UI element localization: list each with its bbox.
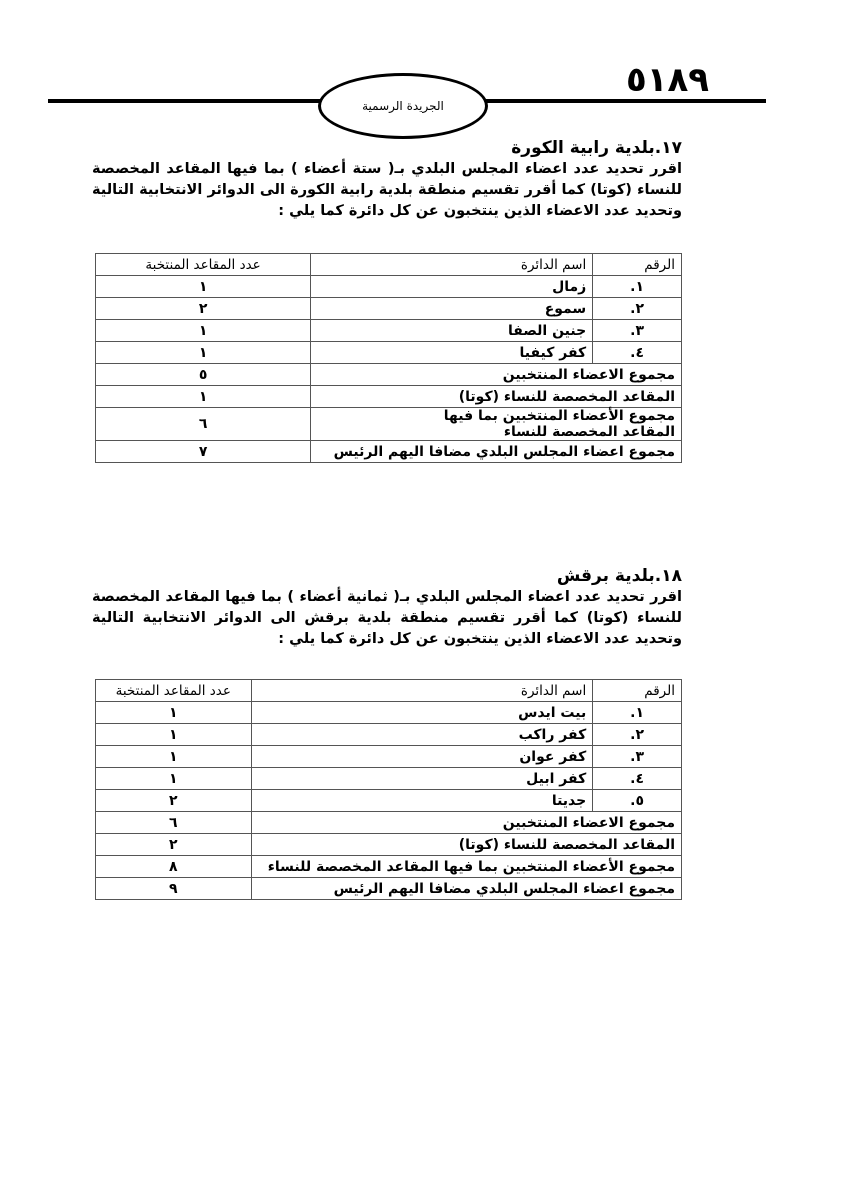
total-label: مجموع الاعضاء المنتخبين [311,364,682,386]
total-value: ٧ [96,441,311,463]
total-label: المقاعد المخصصة للنساء (كوتا) [251,834,681,856]
row-index: ٥. [593,790,682,812]
row-seats: ٢ [96,298,311,320]
total-row: المقاعد المخصصة للنساء (كوتا) ٢ [96,834,682,856]
section-barqash: ١٨.بلدية برقش اقرر تحديد عدد اعضاء المجل… [92,565,682,650]
row-index: ٢. [593,724,682,746]
row-district: سموع [311,298,593,320]
table-row: ٤. كفر ابيل ١ [96,768,682,790]
row-seats: ١ [96,702,252,724]
row-seats: ٢ [96,790,252,812]
total-value: ٨ [96,856,252,878]
row-district: زمال [311,276,593,298]
row-index: ٢. [593,298,682,320]
table-row: ٤. كفر كيفيا ١ [96,342,682,364]
section-rabiyat-alkoura: ١٧.بلدية رابية الكورة اقرر تحديد عدد اعض… [92,137,682,222]
total-label: المقاعد المخصصة للنساء (كوتا) [311,386,682,408]
row-district: كفر راكب [251,724,593,746]
row-index: ١. [593,702,682,724]
section-body: اقرر تحديد عدد اعضاء المجلس البلدي بـ( ث… [92,587,682,650]
total-label: مجموع اعضاء المجلس البلدي مضافا اليهم ال… [311,441,682,463]
total-value: ٦ [96,408,311,441]
header-index: الرقم [593,680,682,702]
table-row: ٢. كفر راكب ١ [96,724,682,746]
row-district: كفر عوان [251,746,593,768]
table-row: ١. زمال ١ [96,276,682,298]
row-seats: ١ [96,276,311,298]
total-value: ٢ [96,834,252,856]
total-row: مجموع الاعضاء المنتخبين ٦ [96,812,682,834]
total-row: مجموع اعضاء المجلس البلدي مضافا اليهم ال… [96,878,682,900]
section-title: ١٧.بلدية رابية الكورة [92,137,682,159]
table-row: ٢. سموع ٢ [96,298,682,320]
table-header-row: الرقم اسم الدائرة عدد المقاعد المنتخبة [96,680,682,702]
header-district: اسم الدائرة [311,254,593,276]
header-index: الرقم [593,254,682,276]
total-label: مجموع اعضاء المجلس البلدي مضافا اليهم ال… [251,878,681,900]
section-body: اقرر تحديد عدد اعضاء المجلس البلدي بـ( س… [92,159,682,222]
total-value: ٦ [96,812,252,834]
row-index: ٣. [593,746,682,768]
table-row: ٥. جديتا ٢ [96,790,682,812]
row-district: جنين الصفا [311,320,593,342]
row-seats: ١ [96,746,252,768]
row-district: كفر ابيل [251,768,593,790]
row-district: جديتا [251,790,593,812]
row-index: ٤. [593,768,682,790]
total-label: مجموع الأعضاء المنتخبين بما فيها المقاعد… [251,856,681,878]
total-value: ١ [96,386,311,408]
total-row: مجموع الاعضاء المنتخبين ٥ [96,364,682,386]
row-seats: ١ [96,724,252,746]
row-district: بيت ايدس [251,702,593,724]
total-label: مجموع الاعضاء المنتخبين [251,812,681,834]
total-row: مجموع الأعضاء المنتخبين بما فيها المقاعد… [96,856,682,878]
total-value: ٥ [96,364,311,386]
row-index: ١. [593,276,682,298]
districts-table-2: الرقم اسم الدائرة عدد المقاعد المنتخبة ١… [95,679,682,900]
row-seats: ١ [96,342,311,364]
total-row: مجموع الأعضاء المنتخبين بما فيها المقاعد… [96,408,682,441]
header-seats: عدد المقاعد المنتخبة [96,680,252,702]
row-index: ٤. [593,342,682,364]
table-row: ٣. جنين الصفا ١ [96,320,682,342]
total-row: المقاعد المخصصة للنساء (كوتا) ١ [96,386,682,408]
total-value: ٩ [96,878,252,900]
total-label: مجموع الأعضاء المنتخبين بما فيها المقاعد… [311,408,682,441]
total-row: مجموع اعضاء المجلس البلدي مضافا اليهم ال… [96,441,682,463]
page-number: ٥١٨٩ [626,60,709,100]
districts-table-1: الرقم اسم الدائرة عدد المقاعد المنتخبة ١… [95,253,682,463]
table-row: ١. بيت ايدس ١ [96,702,682,724]
table-row: ٣. كفر عوان ١ [96,746,682,768]
row-district: كفر كيفيا [311,342,593,364]
gazette-title: الجريدة الرسمية [362,99,444,113]
row-seats: ١ [96,320,311,342]
table-header-row: الرقم اسم الدائرة عدد المقاعد المنتخبة [96,254,682,276]
row-seats: ١ [96,768,252,790]
header-district: اسم الدائرة [251,680,593,702]
header-seats: عدد المقاعد المنتخبة [96,254,311,276]
row-index: ٣. [593,320,682,342]
section-title: ١٨.بلدية برقش [92,565,682,587]
gazette-title-oval: الجريدة الرسمية [318,73,488,139]
